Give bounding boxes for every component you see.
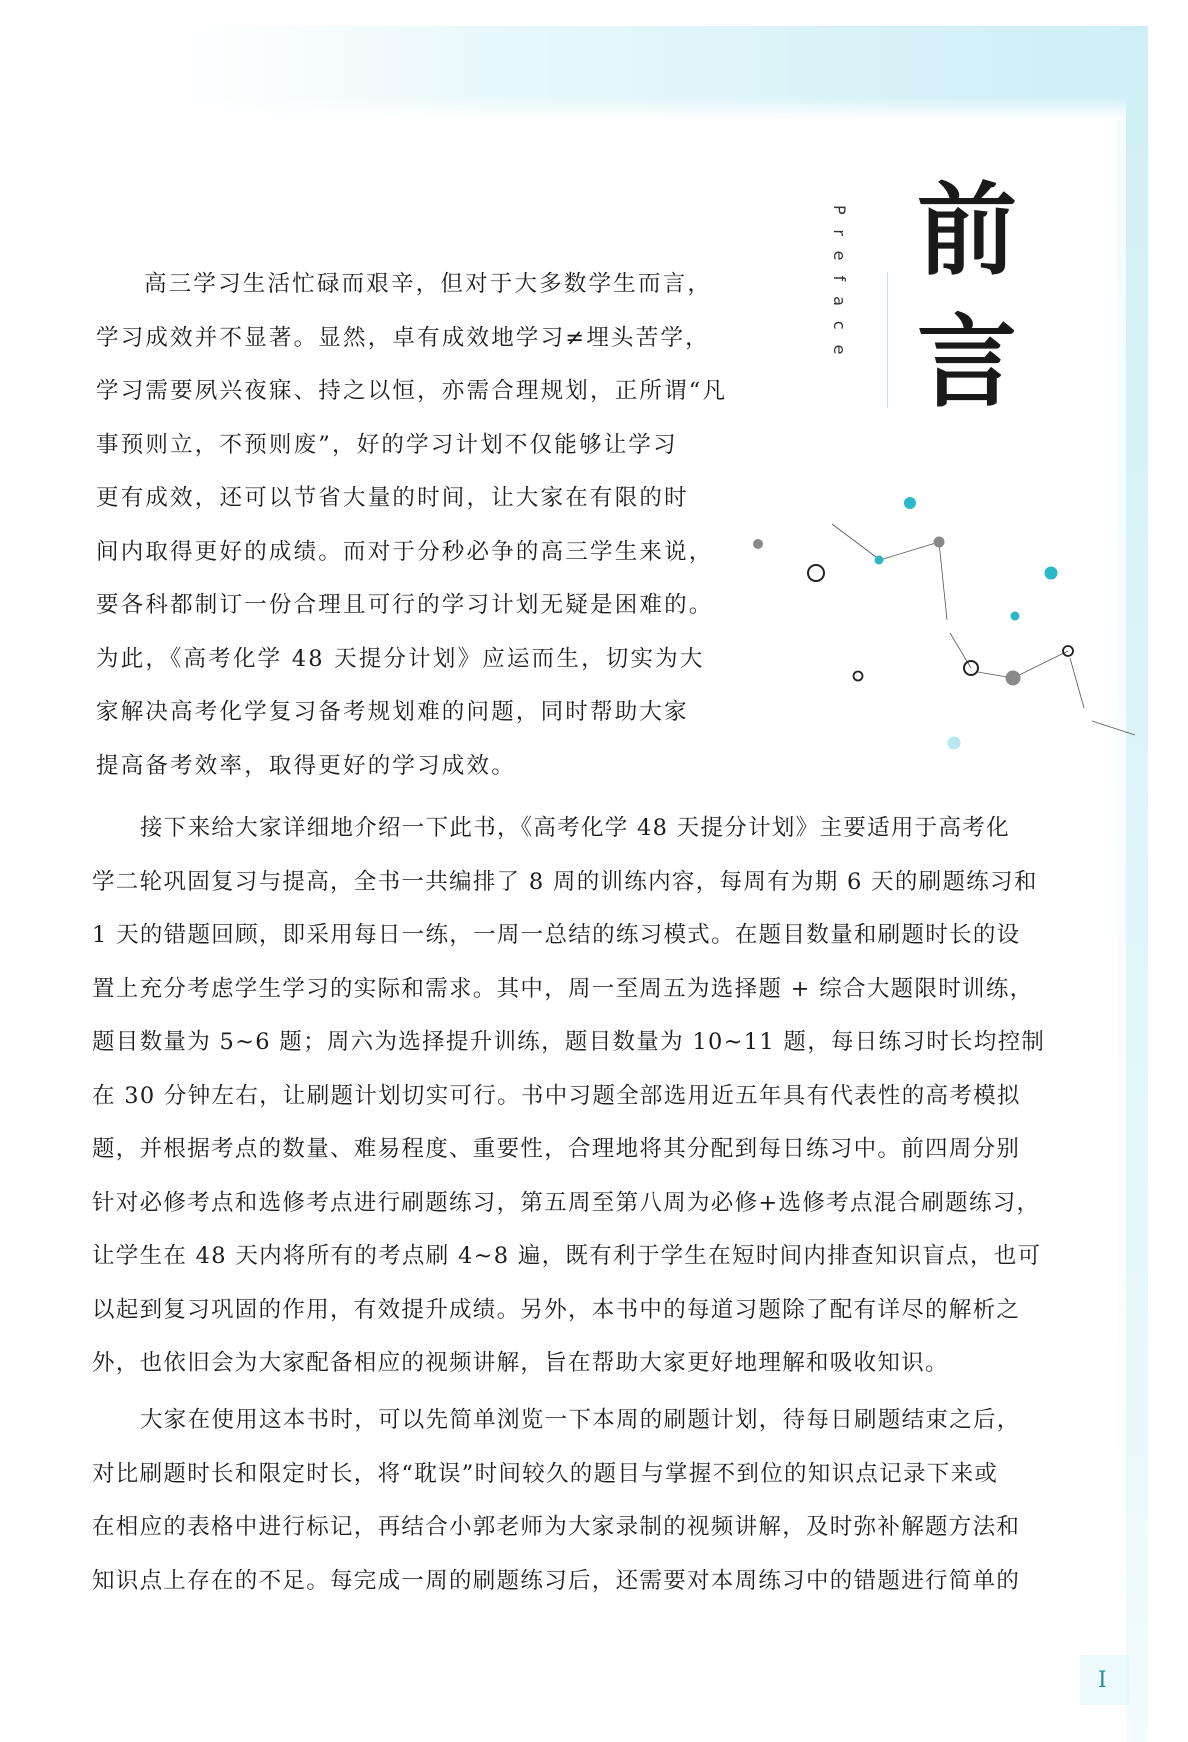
paragraph-line: 外，也依旧会为大家配备相应的视频讲解，旨在帮助大家更好地理解和吸收知识。: [92, 1337, 1072, 1391]
title-english: Preface: [830, 205, 849, 370]
paragraph-line: 学二轮巩固复习与提高，全书一共编排了 8 周的训练内容，每周有为期 6 天的刷题…: [92, 856, 1072, 910]
preface-paragraph-2: 接下来给大家详细地介绍一下此书，《高考化学 48 天提分计划》主要适用于高考化 …: [92, 802, 1072, 1391]
paragraph-line: 为此，《高考化学 48 天提分计划》应运而生，切实为大: [96, 633, 716, 687]
paragraph-line: 题目数量为 5~6 题；周六为选择提升训练，题目数量为 10~11 题，每日练习…: [92, 1016, 1072, 1070]
paragraph-line: 提高备考效率，取得更好的学习成效。: [96, 740, 716, 794]
paragraph-line: 对比刷题时长和限定时长，将“耽误”时间较久的题目与掌握不到位的知识点记录下来或: [92, 1448, 1072, 1502]
paragraph-line: 间内取得更好的成绩。而对于分秒必争的高三学生来说，: [96, 526, 716, 580]
page-number: I: [1098, 1668, 1107, 1693]
paragraph-line: 高三学习生活忙碌而艰辛，但对于大多数学生而言，: [96, 258, 716, 312]
paragraph-line: 题，并根据考点的数量、难易程度、重要性，合理地将其分配到每日练习中。前四周分别: [92, 1123, 1072, 1177]
preface-paragraph-1: 高三学习生活忙碌而艰辛，但对于大多数学生而言， 学习成效并不显著。显然，卓有成效…: [96, 258, 716, 793]
paragraph-line: 在相应的表格中进行标记，再结合小郭老师为大家录制的视频讲解，及时弥补解题方法和: [92, 1501, 1072, 1555]
paragraph-line: 接下来给大家详细地介绍一下此书，《高考化学 48 天提分计划》主要适用于高考化: [92, 802, 1072, 856]
title-char-2: 言: [912, 312, 1022, 412]
paragraph-line: 事预则立，不预则废”，好的学习计划不仅能够让学习: [96, 419, 716, 473]
paragraph-line: 知识点上存在的不足。每完成一周的刷题练习后，还需要对本周练习中的错题进行简单的: [92, 1555, 1072, 1609]
paragraph-line: 以起到复习巩固的作用，有效提升成绩。另外，本书中的每道习题除了配有详尽的解析之: [92, 1284, 1072, 1338]
paragraph-line: 家解决高考化学复习备考规划难的问题，同时帮助大家: [96, 686, 716, 740]
paragraph-line: 让学生在 48 天内将所有的考点刷 4~8 遍，既有利于学生在短时间内排查知识盲…: [92, 1230, 1072, 1284]
paragraph-line: 学习成效并不显著。显然，卓有成效地学习≠埋头苦学，: [96, 312, 716, 366]
paragraph-line: 更有成效，还可以节省大量的时间，让大家在有限的时: [96, 472, 716, 526]
title-char-1: 前: [912, 180, 1022, 280]
preface-paragraph-3: 大家在使用这本书时，可以先简单浏览一下本周的刷题计划，待每日刷题结束之后， 对比…: [92, 1394, 1072, 1608]
paragraph-line: 要各科都制订一份合理且可行的学习计划无疑是困难的。: [96, 579, 716, 633]
paragraph-line: 置上充分考虑学生学习的实际和需求。其中，周一至周五为选择题 + 综合大题限时训练…: [92, 963, 1072, 1017]
paragraph-line: 在 30 分钟左右，让刷题计划切实可行。书中习题全部选用近五年具有代表性的高考模…: [92, 1070, 1072, 1124]
constellation-dots-icon: [720, 460, 1140, 770]
right-cyan-strip: [1126, 26, 1148, 1742]
paragraph-line: 大家在使用这本书时，可以先简单浏览一下本周的刷题计划，待每日刷题结束之后，: [92, 1394, 1072, 1448]
top-band-fade: [190, 96, 1148, 120]
paragraph-line: 1 天的错题回顾，即采用每日一练，一周一总结的练习模式。在题目数量和刷题时长的设: [92, 909, 1072, 963]
right-strip-inner: [1117, 120, 1126, 1742]
paragraph-line: 学习需要夙兴夜寐、持之以恒，亦需合理规划，正所谓“凡: [96, 365, 716, 419]
paragraph-line: 针对必修考点和选修考点进行刷题练习，第五周至第八周为必修+选修考点混合刷题练习，: [92, 1177, 1072, 1231]
title-divider-line: [887, 272, 888, 408]
